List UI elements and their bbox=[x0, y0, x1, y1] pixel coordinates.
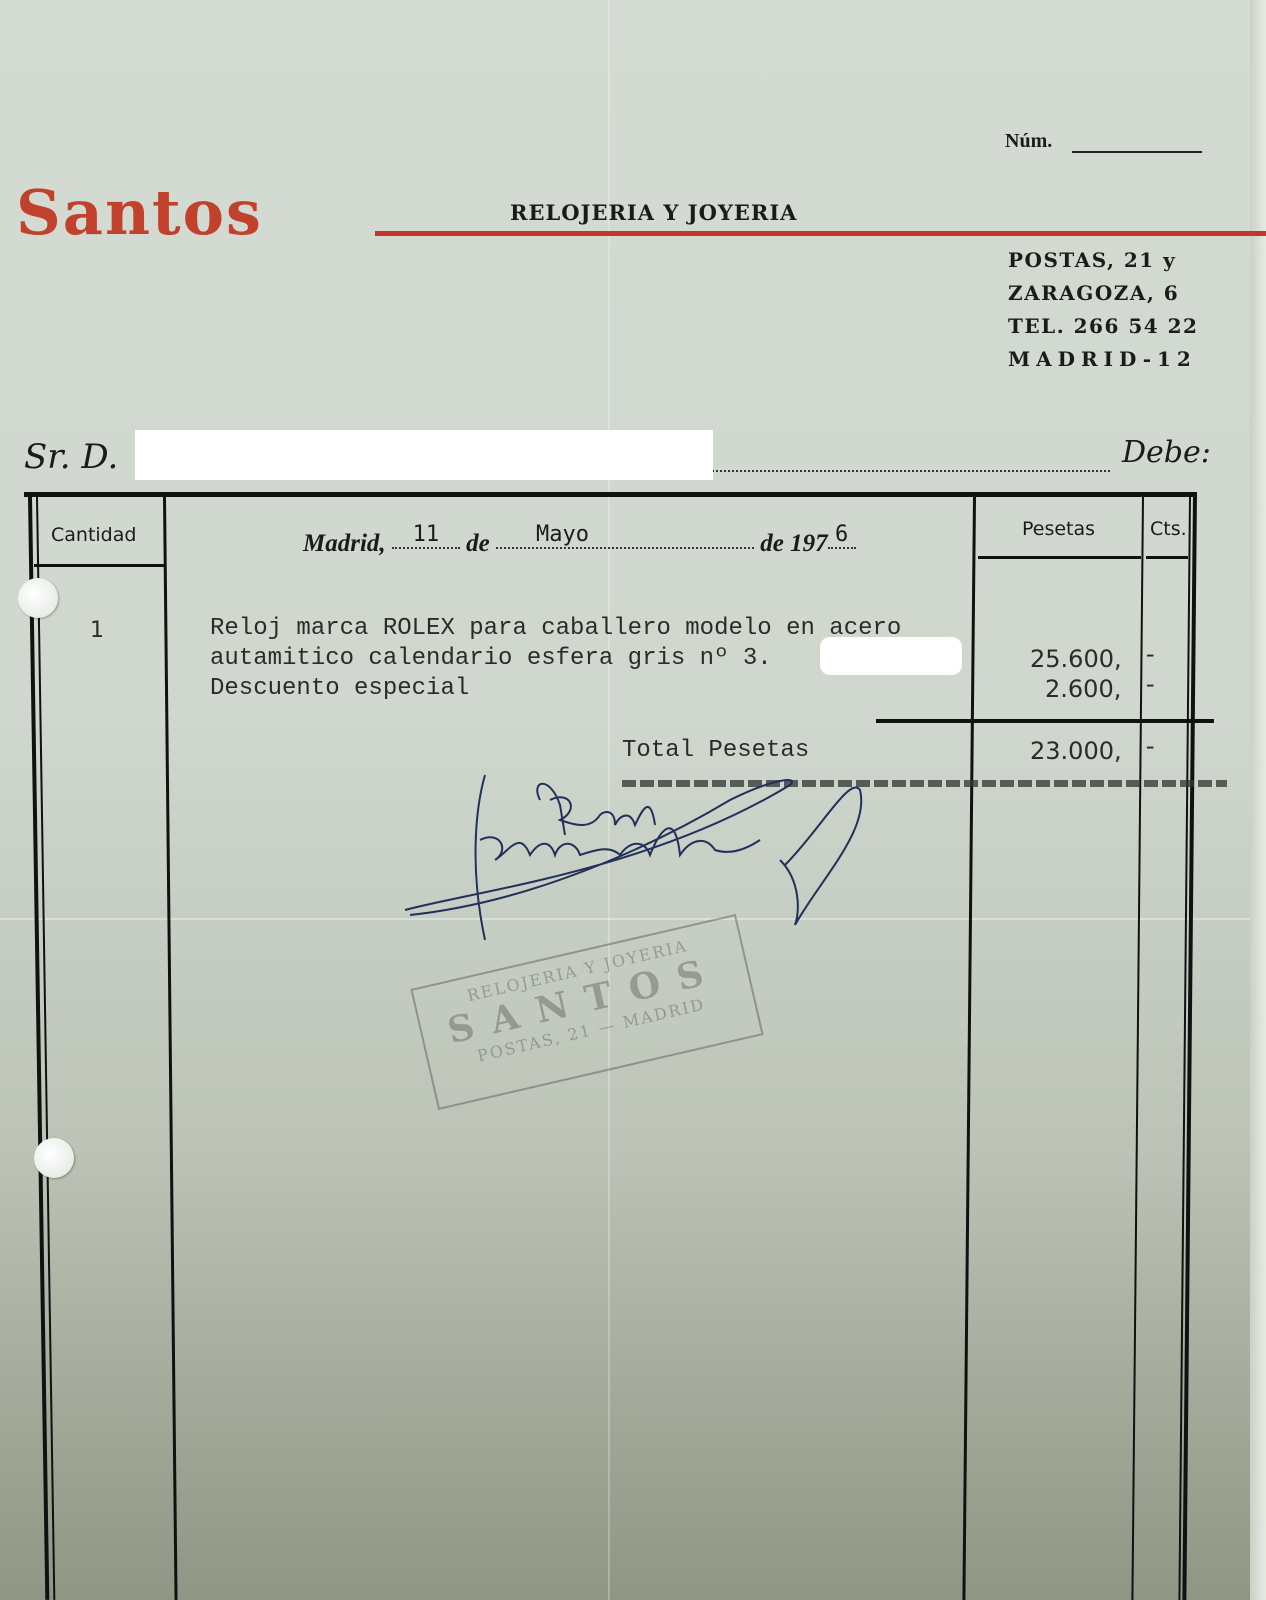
brand-rule bbox=[375, 231, 1266, 236]
date-de-label: de bbox=[466, 530, 490, 557]
background-edge bbox=[1250, 0, 1266, 1600]
row-description-line: Descuento especial bbox=[210, 675, 469, 702]
debe-label: Debe: bbox=[1122, 435, 1211, 470]
business-address: POSTAS, 21 y ZARAGOZA, 6 TEL. 266 54 22 … bbox=[1008, 244, 1198, 376]
handwritten-signature: Recibi bbox=[400, 770, 900, 950]
city-label: Madrid, bbox=[303, 530, 386, 557]
column-header-pesetas: Pesetas bbox=[1022, 518, 1095, 540]
cts-header-rule bbox=[1146, 556, 1188, 559]
table-top-border bbox=[24, 492, 1196, 497]
business-tagline: RELOJERIA Y JOYERIA bbox=[510, 200, 797, 225]
address-phone: TEL. 266 54 22 bbox=[1008, 310, 1198, 343]
quantity-column-divider bbox=[163, 497, 178, 1600]
total-label: Total Pesetas bbox=[622, 737, 809, 764]
total-cts: - bbox=[1143, 735, 1157, 762]
client-salutation: Sr. D. bbox=[24, 437, 118, 477]
total-pesetas: 23.000, bbox=[1030, 737, 1122, 765]
client-name-redacted bbox=[135, 430, 713, 480]
subtotal-rule bbox=[876, 719, 1214, 723]
invoice-number-label: Núm. bbox=[1005, 130, 1052, 153]
date-year-prefix: de 197 bbox=[760, 530, 827, 557]
quantity-header-rule bbox=[34, 564, 164, 567]
row-cts: - bbox=[1143, 643, 1157, 670]
pesetas-header-rule bbox=[978, 556, 1141, 559]
address-line: ZARAGOZA, 6 bbox=[1008, 277, 1198, 310]
row-cts: - bbox=[1143, 673, 1157, 700]
row-description-line: autamitico calendario esfera gris nº 3. bbox=[210, 645, 772, 672]
row-quantity: 1 bbox=[90, 618, 104, 643]
place-date-line: Madrid, 11 de Mayo de 1976 bbox=[303, 530, 856, 559]
brand-logo: Santos bbox=[16, 182, 263, 244]
row-pesetas: 2.600, bbox=[1045, 675, 1121, 703]
pesetas-column-left bbox=[962, 497, 976, 1600]
row-pesetas: 25.600, bbox=[1030, 645, 1122, 673]
date-month: Mayo bbox=[496, 522, 754, 549]
date-year-digit: 6 bbox=[828, 522, 856, 549]
invoice-number-field bbox=[1072, 151, 1202, 153]
svg-text:Recibi: Recibi bbox=[519, 807, 524, 809]
column-header-quantity: Cantidad bbox=[51, 524, 136, 546]
punch-hole bbox=[34, 1138, 74, 1178]
date-day: 11 bbox=[392, 522, 460, 549]
address-line: POSTAS, 21 y bbox=[1008, 244, 1198, 277]
address-city: MADRID-12 bbox=[1008, 343, 1198, 376]
column-header-cts: Cts. bbox=[1150, 518, 1187, 540]
row-description-line: Reloj marca ROLEX para caballero modelo … bbox=[210, 615, 901, 642]
serial-number-redacted bbox=[820, 637, 962, 675]
punch-hole bbox=[18, 578, 58, 618]
